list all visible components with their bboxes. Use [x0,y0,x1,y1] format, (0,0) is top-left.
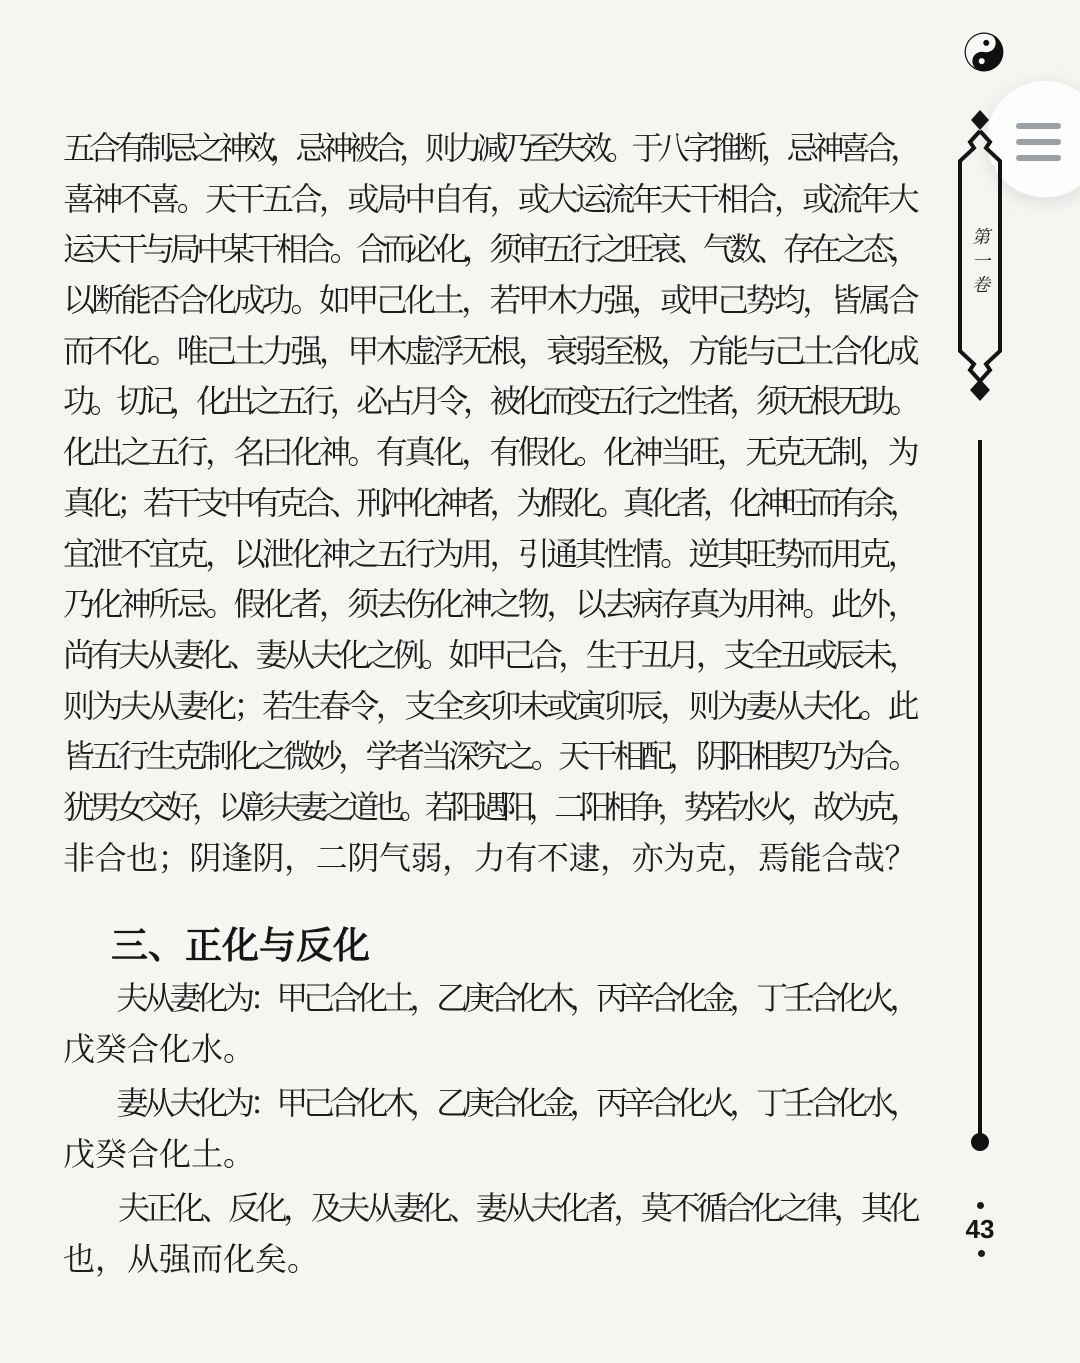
text-line: 而不化。唯己土力强，甲木虚浮无根，衰弱至极，方能与己土合化成 [63,326,916,377]
text-line: 运天干与局中某干相合。合而必化，须审五行之旺衰、气数、存在之态， [63,224,916,275]
text-line: 喜神不喜。天干五合，或局中自有，或大运流年天干相合，或流年大 [63,174,916,225]
paragraph-qicongfuhua: 妻从夫化为：甲己合化木，乙庚合化金，丙辛合化火，丁壬合化水，戊癸合化土。 [63,1078,916,1179]
text-line: 非合也；阴逢阴，二阴气弱，力有不逮，亦为克，焉能合哉？ [63,833,916,884]
text-line: 功。切记，化出之五行，必占月令，被化而变五行之性者，须无根无助。 [63,376,916,427]
text-line: 宜泄不宜克，以泄化神之五行为用，引通其性情。逆其旺势而用克， [63,529,916,580]
text-line: 戊癸合化水。 [63,1024,916,1075]
page-number-dot-bottom [978,1250,985,1257]
paragraph-main: 五合有制忌之神效，忌神被合，则力减乃至失效。于八字推断，忌神喜合，喜神不喜。天干… [63,123,916,883]
book-page: 五合有制忌之神效，忌神被合，则力减乃至失效。于八字推断，忌神喜合，喜神不喜。天干… [0,0,1080,1363]
text-line: 皆五行生克制化之微妙，学者当深究之。天干相配，阴阳相契乃为合。 [63,731,916,782]
page-number-dot-top [977,1202,984,1209]
text-line: 妻从夫化为：甲己合化木，乙庚合化金，丙辛合化火，丁壬合化水， [63,1078,916,1129]
text-line: 则为夫从妻化；若生春令，支全亥卯未或寅卯辰，则为妻从夫化。此 [63,681,916,732]
page-number: 43 [955,1214,1005,1245]
section-heading: 三、正化与反化 [111,921,370,971]
volume-label: 第一卷 [963,205,997,320]
text-line: 真化；若干支中有克合、刑冲化神者，为假化。真化者，化神旺而有余， [63,478,916,529]
hamburger-menu-icon [1016,155,1061,161]
paragraph-fucongqihua: 夫从妻化为：甲己合化土，乙庚合化木，丙辛合化金，丁壬合化火，戊癸合化水。 [63,973,916,1074]
text-line: 也，从强而化矣。 [63,1234,916,1285]
paragraph-closing: 夫正化、反化，及夫从妻化、妻从夫化者，莫不循合化之律，其化也，从强而化矣。 [63,1183,916,1284]
hamburger-menu-icon [1016,123,1061,129]
text-line: 犹男女交好，以彰夫妻之道也。若阳遇阳，二阳相争，势若水火，故为克， [63,782,916,833]
vertical-divider-line [978,440,982,1138]
text-line: 五合有制忌之神效，忌神被合，则力减乃至失效。于八字推断，忌神喜合， [63,123,916,174]
text-line: 化出之五行，名曰化神。有真化，有假化。化神当旺，无克无制，为 [63,427,916,478]
hamburger-menu-icon [1016,139,1061,145]
divider-end-dot [971,1133,989,1151]
text-line: 夫正化、反化，及夫从妻化、妻从夫化者，莫不循合化之律，其化 [63,1183,916,1234]
text-line: 乃化神所忌。假化者，须去伤化神之物，以去病存真为用神。此外， [63,579,916,630]
yin-yang-icon [960,28,1008,76]
text-line: 夫从妻化为：甲己合化土，乙庚合化木，丙辛合化金，丁壬合化火， [63,973,916,1024]
text-line: 戊癸合化土。 [63,1129,916,1180]
text-line: 尚有夫从妻化、妻从夫化之例。如甲己合，生于丑月，支全丑或辰未， [63,630,916,681]
text-line: 以断能否合化成功。如甲己化土，若甲木力强，或甲己势均，皆属合 [63,275,916,326]
